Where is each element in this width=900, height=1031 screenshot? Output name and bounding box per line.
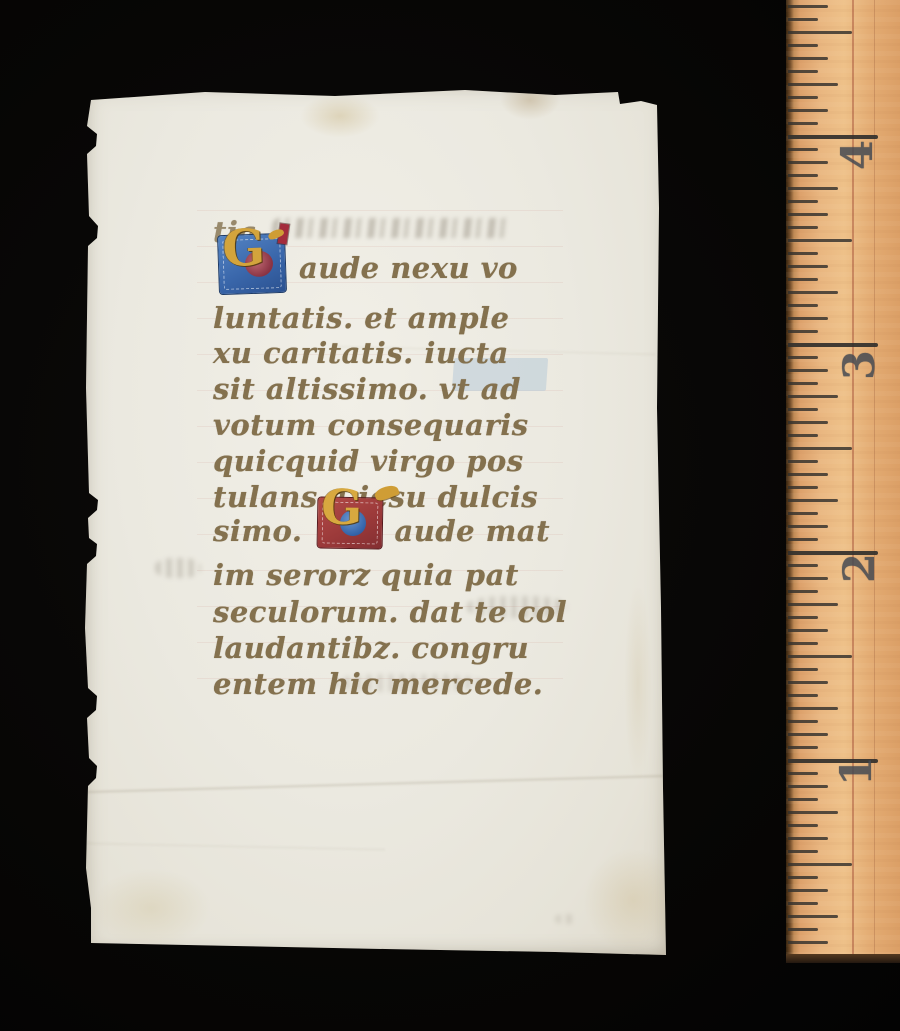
text-line-fragment: simo.	[213, 515, 302, 547]
ruler-tick	[788, 213, 828, 216]
ruler-tick	[788, 733, 828, 736]
ruler-tick	[788, 239, 852, 242]
ruler-tick	[788, 161, 828, 164]
ruler-tick	[788, 772, 818, 775]
ruler-tick	[788, 356, 818, 359]
text-line: sit altissimo. vt ad	[213, 369, 521, 405]
ruler-tick	[788, 668, 818, 671]
ruler-tick	[788, 70, 818, 73]
ruler-number-2: 2	[838, 546, 882, 590]
ruler-end-edge	[786, 954, 900, 963]
initial-letter: G	[222, 232, 266, 265]
ruler-tick	[788, 109, 828, 112]
ruler-tick	[788, 31, 852, 34]
text-line: luntatis. et ample	[213, 298, 509, 334]
ruler-tick	[788, 57, 828, 60]
ruler-tick	[788, 928, 818, 931]
ruler-tick	[788, 590, 818, 593]
ruler-tick	[788, 824, 818, 827]
ruler-tick	[788, 564, 818, 567]
ruler-tick	[788, 577, 828, 580]
illuminated-initial-gold-on-blue: G	[218, 234, 286, 294]
manuscript-leaf: tia G aude nexu vo luntatis. et ample xu…	[85, 88, 667, 957]
ruler-tick	[788, 421, 828, 424]
show-through-text	[271, 218, 513, 238]
text-line: votum consequaris	[213, 405, 529, 441]
ruler-number-1: 1	[835, 749, 879, 793]
ruler-tick	[788, 811, 838, 814]
ruler-tick	[788, 603, 838, 606]
ruler-tick	[788, 889, 828, 892]
show-through-smudge	[155, 558, 201, 578]
ruler-tick	[788, 863, 852, 866]
text-line: laudantibz. congru	[213, 628, 529, 664]
ruler-tick	[788, 252, 818, 255]
ruler-tick	[788, 837, 828, 840]
wooden-inch-ruler: 4 3 2 1	[786, 0, 900, 963]
ruler-tick	[788, 122, 818, 125]
ruler-tick	[788, 174, 818, 177]
ruler-tick	[788, 330, 818, 333]
text-line: quicquid virgo pos	[213, 441, 524, 477]
ruler-tick	[788, 538, 818, 541]
ruler-tick	[788, 96, 818, 99]
ruler-tick	[788, 44, 818, 47]
ruler-tick	[788, 798, 818, 801]
ruler-tick	[788, 473, 828, 476]
ruler-tick	[788, 408, 818, 411]
ruler-tick	[788, 941, 828, 944]
ruler-tick	[788, 200, 818, 203]
ruler-tick	[788, 265, 828, 268]
text-line-fragment: aude nexu vo	[299, 252, 518, 284]
ruler-number-4: 4	[836, 133, 880, 177]
text-line: simo. G aude mat	[213, 513, 550, 549]
ruler-tick	[788, 499, 838, 502]
ruler-tick	[788, 278, 818, 281]
ruler-tick	[788, 148, 818, 151]
ruler-tick	[788, 915, 838, 918]
ruler-tick	[788, 83, 838, 86]
ruler-tick	[788, 486, 818, 489]
ruler-tick	[788, 655, 852, 658]
ruler-tick	[788, 850, 818, 853]
text-line: seculorum. dat te col	[213, 592, 567, 628]
text-line: G aude nexu vo	[213, 250, 518, 286]
ruler-tick	[788, 382, 818, 385]
text-line: entem hic mercede.	[213, 664, 543, 700]
ruler-tick	[788, 434, 818, 437]
text-line-fragment: aude mat	[394, 515, 550, 547]
ruler-tick	[788, 460, 818, 463]
ruler-tick	[788, 512, 818, 515]
text-line: xu caritatis. iucta	[213, 333, 509, 369]
ruler-tick	[788, 395, 838, 398]
illuminated-initial-gold-on-red: G	[318, 497, 383, 548]
ruler-tick	[788, 902, 818, 905]
ruler-tick	[788, 369, 828, 372]
ruler-tick	[788, 5, 828, 8]
ruler-tick	[788, 785, 828, 788]
ruler-tick	[788, 187, 838, 190]
ruler-tick	[788, 694, 818, 697]
ruler-tick	[788, 304, 818, 307]
ruler-tick	[788, 616, 818, 619]
ruler-tick	[788, 226, 818, 229]
ruler-tick	[788, 447, 852, 450]
ruler-tick	[788, 525, 828, 528]
ruler-tick	[788, 317, 828, 320]
ruler-tick	[788, 642, 818, 645]
initial-letter: G	[321, 491, 363, 524]
ruler-tick	[788, 707, 838, 710]
photo-canvas: { "leaf": { "script_color": "#84714e", "…	[0, 0, 900, 1031]
ruler-tick	[788, 876, 818, 879]
ruler-tick	[788, 720, 818, 723]
ruler-tick	[788, 18, 818, 21]
pencil-smudge	[555, 914, 577, 924]
text-line: im serorz quia pat	[213, 555, 519, 591]
ruler-tick	[788, 681, 828, 684]
ruler-number-3: 3	[838, 343, 882, 387]
ruler-tick	[788, 746, 818, 749]
ruler-tick	[788, 291, 838, 294]
ruler-tick	[788, 629, 828, 632]
